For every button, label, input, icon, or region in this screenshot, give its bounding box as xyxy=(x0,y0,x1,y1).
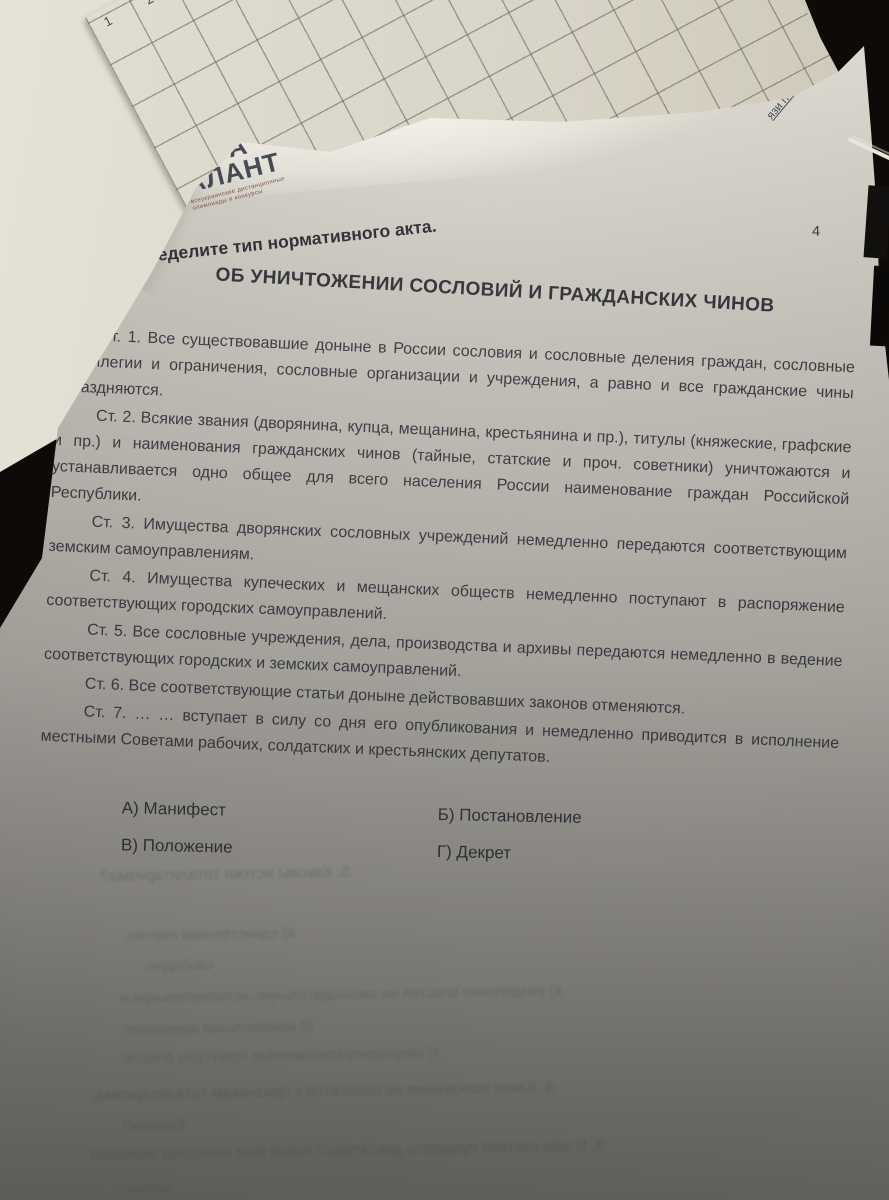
option-key: В) xyxy=(121,835,138,854)
answer-option-g: Г) Декрет xyxy=(437,842,781,869)
page-number: 4 xyxy=(812,224,820,240)
answer-option-v: В) Положение xyxy=(121,835,437,862)
ghost-text-line: 4. Какие положения не относятся к призна… xyxy=(92,1079,554,1105)
option-label: Постановление xyxy=(459,805,582,827)
option-label: Манифест xyxy=(143,799,226,820)
ghost-text-line: а) единственная партия; xyxy=(125,925,296,945)
answer-option-a: А) Манифест xyxy=(122,798,438,825)
option-key: Г) xyxy=(437,842,452,861)
ghost-text-line: г) сверхцентрализованные структуры власт… xyxy=(122,1044,439,1067)
photo-scene: 1 2 ЕГА АЛАНТ всеукраинские дистанционны… xyxy=(0,0,889,1200)
grid-column-label: 1 xyxy=(101,13,114,30)
option-label: Декрет xyxy=(456,842,511,862)
document-title: ОБ УНИЧТОЖЕНИИ СОСЛОВИЙ И ГРАЖДАНСКИХ ЧИ… xyxy=(140,260,850,322)
option-key: А) xyxy=(122,798,139,817)
ghost-text-line: 3. В чем состоит сущность диктатуры? Как… xyxy=(90,1138,605,1165)
ghost-text-line: в) разделение властей на законодательную… xyxy=(120,982,562,1007)
ghost-text-line: Божьим? xyxy=(122,1116,185,1134)
document-body: Ст. 1. Все существовавшие доныне в Росси… xyxy=(40,322,855,785)
option-label: Положение xyxy=(143,836,233,857)
ghost-text-line: б) монопольная идеология; xyxy=(122,1018,314,1038)
option-key: Б) xyxy=(438,805,455,824)
ghost-text-line: 5. Каковы истоки тоталитаризма? xyxy=(100,864,350,886)
ghost-text-line: свободно; xyxy=(143,956,213,974)
grid-column-label: 2 xyxy=(143,0,156,7)
answer-option-b: Б) Постановление xyxy=(437,805,781,832)
answer-options: А) Манифест Б) Постановление В) Положени… xyxy=(57,797,782,869)
ghost-text-line: жизни? xyxy=(120,1180,171,1198)
dark-object-edge xyxy=(870,266,889,347)
dark-object-edge xyxy=(864,185,889,258)
